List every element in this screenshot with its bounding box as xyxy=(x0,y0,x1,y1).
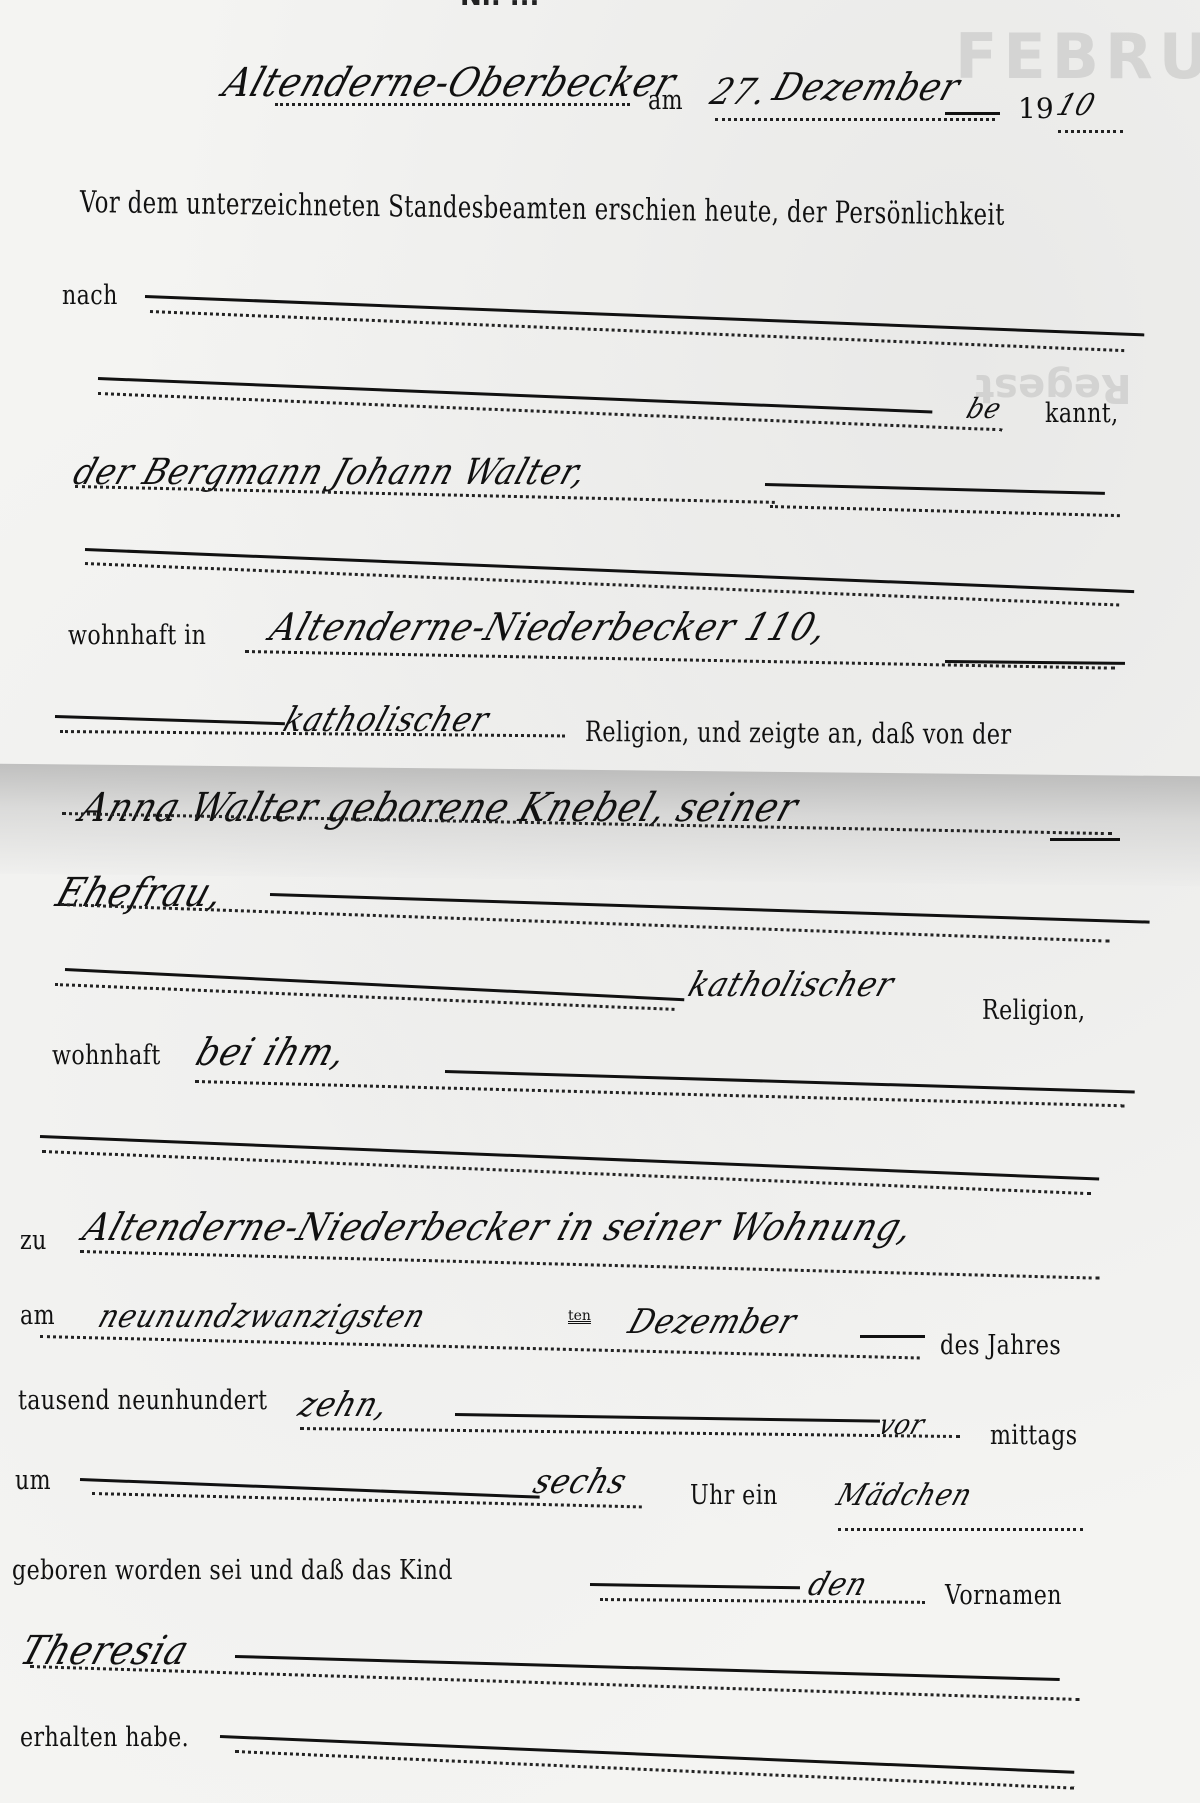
uhr-label: Uhr ein xyxy=(690,1480,778,1511)
year-label: des Jahres xyxy=(940,1330,1061,1361)
dotted-line xyxy=(55,983,675,1011)
rule xyxy=(55,715,285,725)
year-printed: tausend neunhundert xyxy=(18,1385,267,1416)
born-statement: geboren worden sei und daß das Kind xyxy=(12,1555,453,1586)
birth-month: Dezember xyxy=(624,1302,802,1342)
bekannt-printed: kannt, xyxy=(1045,398,1119,429)
year-prefix: 19 xyxy=(1018,92,1054,125)
place-handwritten: Altenderne-Oberbecker xyxy=(218,60,682,106)
dotted-line xyxy=(80,1250,1100,1280)
residence-label: wohnhaft in xyxy=(68,620,206,651)
year-suffix-handwritten: 10 xyxy=(1052,88,1100,123)
dotted-line xyxy=(275,103,630,106)
am-birth-label: am xyxy=(20,1300,55,1331)
rule xyxy=(945,112,1000,115)
am-label: am xyxy=(648,85,683,116)
rule xyxy=(860,1335,925,1338)
dotted-line xyxy=(600,1598,925,1604)
dotted-line xyxy=(60,903,1109,943)
zu-label: zu xyxy=(20,1225,47,1256)
document-page: Nr. ... FEBRUA Regest Altenderne-Oberbec… xyxy=(0,0,1200,1803)
father-religion: katholischer xyxy=(279,700,495,740)
father-residence: Altenderne-Niederbecker 110, xyxy=(265,605,834,649)
birth-hour: sechs xyxy=(529,1462,633,1502)
dotted-line xyxy=(300,1427,960,1438)
rule xyxy=(270,893,1150,924)
dotted-line xyxy=(1058,130,1123,133)
mother-residence-label: wohnhaft xyxy=(52,1040,161,1071)
article-handwritten: den xyxy=(804,1565,873,1603)
header-fragment: Nr. ... xyxy=(460,0,539,12)
year-handwritten: zehn, xyxy=(294,1385,395,1425)
mother-religion: katholischer xyxy=(684,965,900,1005)
um-label: um xyxy=(15,1465,51,1496)
mother-religion-label: Religion, xyxy=(982,995,1086,1026)
birth-day: neunundzwanzigsten xyxy=(94,1297,431,1335)
mother-residence: bei ihm, xyxy=(191,1030,353,1074)
nach-label: nach xyxy=(62,280,118,311)
dotted-line xyxy=(30,1665,1080,1701)
day-handwritten: 27. xyxy=(705,72,773,113)
bekannt-handwritten: be xyxy=(963,392,1007,425)
dotted-line xyxy=(770,505,1120,517)
birth-sex: Mädchen xyxy=(832,1478,977,1513)
vornamen-label: Vornamen xyxy=(945,1580,1062,1611)
mittags-label: mittags xyxy=(990,1420,1077,1451)
day-suffix: ten xyxy=(568,1308,591,1324)
rule xyxy=(455,1413,880,1423)
birth-place: Altenderne-Niederbecker in seiner Wohnun… xyxy=(78,1205,919,1249)
rule xyxy=(590,1583,800,1589)
intro-line: Vor dem unterzeichneten Standesbeamten e… xyxy=(80,185,1005,233)
dotted-line xyxy=(195,1080,1125,1107)
rule xyxy=(1050,838,1120,841)
month-handwritten: Dezember xyxy=(768,65,966,109)
religion-statement: Religion, und zeigte an, daß von der xyxy=(585,715,1012,751)
stamp-top: FEBRUA xyxy=(955,20,1200,93)
rule xyxy=(765,483,1105,495)
dotted-line xyxy=(838,1528,1083,1531)
dotted-line xyxy=(715,118,995,121)
closing-text: erhalten habe. xyxy=(20,1722,189,1753)
